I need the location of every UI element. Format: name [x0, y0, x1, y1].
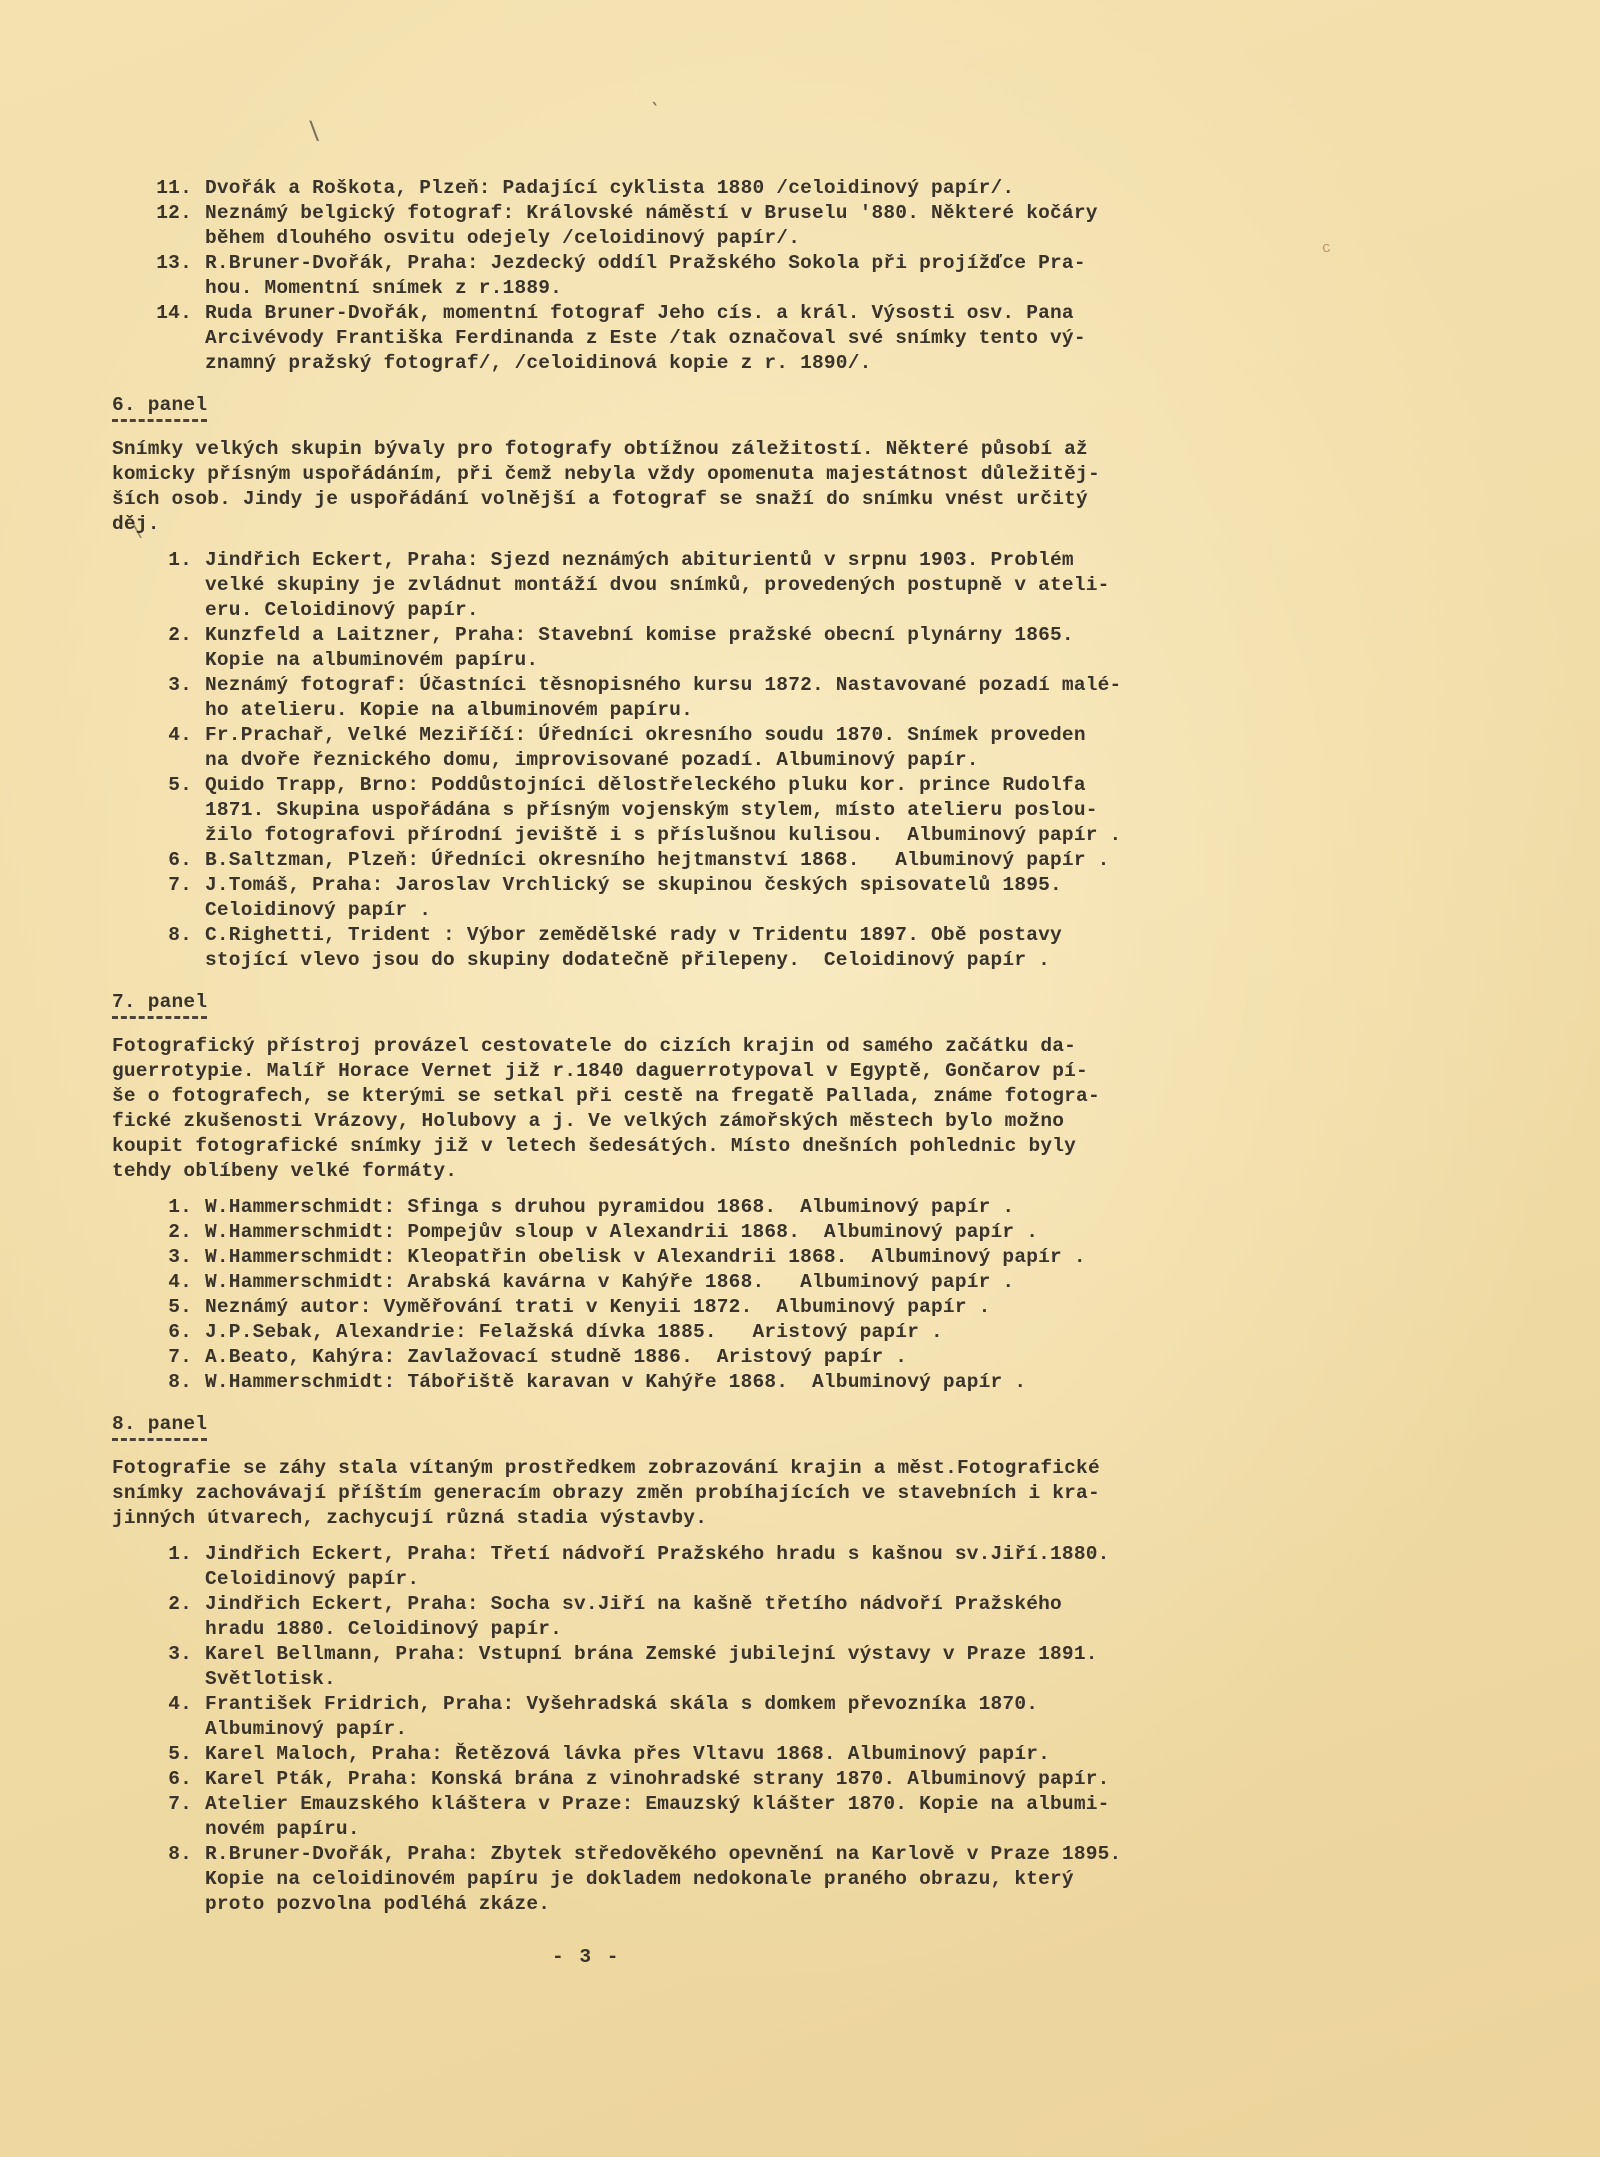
item-number: 3.	[152, 1245, 192, 1270]
continued-catalog-list: 11. Dvořák a Roškota, Plzeň: Padající cy…	[112, 176, 1572, 376]
list-item: 12. Neznámý belgický fotograf: Královské…	[112, 201, 1572, 251]
item-number: 8.	[152, 1842, 192, 1867]
item-text: Quido Trapp, Brno: Poddůstojníci dělostř…	[205, 773, 1572, 848]
paper-stray-mark: \	[304, 117, 324, 149]
list-item: 6. B.Saltzman, Plzeň: Úředníci okresního…	[112, 848, 1572, 873]
list-item: 4. František Fridrich, Praha: Vyšehradsk…	[112, 1692, 1572, 1742]
list-item: 2. W.Hammerschmidt: Pompejův sloup v Ale…	[112, 1220, 1572, 1245]
item-text: Atelier Emauzského kláštera v Praze: Ema…	[205, 1792, 1572, 1842]
list-item: 14. Ruda Bruner-Dvořák, momentní fotogra…	[112, 301, 1572, 376]
item-text: W.Hammerschmidt: Tábořiště karavan v Kah…	[205, 1370, 1572, 1395]
paper-stray-mark: `	[642, 99, 663, 129]
item-number: 8.	[152, 1370, 192, 1395]
item-number: 3.	[152, 673, 192, 698]
item-number: 1.	[152, 548, 192, 573]
item-text: R.Bruner-Dvořák, Praha: Zbytek středověk…	[205, 1842, 1572, 1917]
item-number: 1.	[152, 1542, 192, 1567]
list-item: 5. Karel Maloch, Praha: Řetězová lávka p…	[112, 1742, 1572, 1767]
item-number: 11.	[152, 176, 192, 201]
item-text: W.Hammerschmidt: Kleopatřin obelisk v Al…	[205, 1245, 1572, 1270]
item-text: J.Tomáš, Praha: Jaroslav Vrchlický se sk…	[205, 873, 1572, 923]
list-item: 3. Neznámý fotograf: Účastníci těsnopisn…	[112, 673, 1572, 723]
panel-7-list: 1. W.Hammerschmidt: Sfinga s druhou pyra…	[112, 1195, 1572, 1395]
list-item: 1. Jindřich Eckert, Praha: Sjezd neznámý…	[112, 548, 1572, 623]
item-number: 4.	[152, 723, 192, 748]
item-number: 6.	[152, 1767, 192, 1792]
list-item: 5. Neznámý autor: Vyměřování trati v Ken…	[112, 1295, 1572, 1320]
item-text: Karel Maloch, Praha: Řetězová lávka přes…	[205, 1742, 1572, 1767]
item-text: W.Hammerschmidt: Sfinga s druhou pyramid…	[205, 1195, 1572, 1220]
item-text: Fr.Prachař, Velké Meziříčí: Úředníci okr…	[205, 723, 1572, 773]
list-item: 7. A.Beato, Kahýra: Zavlažovací studně 1…	[112, 1345, 1572, 1370]
panel-8-intro: Fotografie se záhy stala vítaným prostře…	[112, 1456, 1572, 1531]
list-item: 2. Jindřich Eckert, Praha: Socha sv.Jiří…	[112, 1592, 1572, 1642]
item-number: 4.	[152, 1692, 192, 1717]
item-number: 14.	[152, 301, 192, 326]
list-item: 8. W.Hammerschmidt: Tábořiště karavan v …	[112, 1370, 1572, 1395]
item-text: Ruda Bruner-Dvořák, momentní fotograf Je…	[205, 301, 1572, 376]
list-item: 3. Karel Bellmann, Praha: Vstupní brána …	[112, 1642, 1572, 1692]
list-item: 7. Atelier Emauzského kláštera v Praze: …	[112, 1792, 1572, 1842]
panel-6-intro: Snímky velkých skupin bývaly pro fotogra…	[112, 437, 1572, 537]
item-number: 5.	[152, 773, 192, 798]
item-text: Karel Pták, Praha: Konská brána z vinohr…	[205, 1767, 1572, 1792]
item-number: 1.	[152, 1195, 192, 1220]
item-number: 3.	[152, 1642, 192, 1667]
item-number: 2.	[152, 1592, 192, 1617]
list-item: 1. W.Hammerschmidt: Sfinga s druhou pyra…	[112, 1195, 1572, 1220]
item-text: František Fridrich, Praha: Vyšehradská s…	[205, 1692, 1572, 1742]
list-item: 13. R.Bruner-Dvořák, Praha: Jezdecký odd…	[112, 251, 1572, 301]
item-text: J.P.Sebak, Alexandrie: Felažská dívka 18…	[205, 1320, 1572, 1345]
item-text: C.Righetti, Trident : Výbor zemědělské r…	[205, 923, 1572, 973]
item-text: Neznámý fotograf: Účastníci těsnopisného…	[205, 673, 1572, 723]
item-number: 8.	[152, 923, 192, 948]
item-number: 2.	[152, 623, 192, 648]
list-item: 2. Kunzfeld a Laitzner, Praha: Stavební …	[112, 623, 1572, 673]
item-number: 6.	[152, 848, 192, 873]
item-number: 5.	[152, 1295, 192, 1320]
list-item: 5. Quido Trapp, Brno: Poddůstojníci dělo…	[112, 773, 1572, 848]
panel-8-list: 1. Jindřich Eckert, Praha: Třetí nádvoří…	[112, 1542, 1572, 1917]
item-number: 6.	[152, 1320, 192, 1345]
item-text: Karel Bellmann, Praha: Vstupní brána Zem…	[205, 1642, 1572, 1692]
item-number: 4.	[152, 1270, 192, 1295]
item-number: 7.	[152, 1792, 192, 1817]
list-item: 3. W.Hammerschmidt: Kleopatřin obelisk v…	[112, 1245, 1572, 1270]
item-text: W.Hammerschmidt: Pompejův sloup v Alexan…	[205, 1220, 1572, 1245]
item-number: 7.	[152, 1345, 192, 1370]
panel-6-heading: 6. panel	[112, 393, 1572, 422]
item-text: W.Hammerschmidt: Arabská kavárna v Kahýř…	[205, 1270, 1572, 1295]
panel-7-intro: Fotografický přístroj provázel cestovate…	[112, 1034, 1572, 1184]
item-text: Neznámý belgický fotograf: Královské nám…	[205, 201, 1572, 251]
item-number: 13.	[152, 251, 192, 276]
list-item: 7. J.Tomáš, Praha: Jaroslav Vrchlický se…	[112, 873, 1572, 923]
panel-7-heading: 7. panel	[112, 990, 1572, 1019]
list-item: 6. J.P.Sebak, Alexandrie: Felažská dívka…	[112, 1320, 1572, 1345]
list-item: 4. W.Hammerschmidt: Arabská kavárna v Ka…	[112, 1270, 1572, 1295]
item-text: R.Bruner-Dvořák, Praha: Jezdecký oddíl P…	[205, 251, 1572, 301]
item-text: Dvořák a Roškota, Plzeň: Padající cyklis…	[205, 176, 1572, 201]
item-text: Kunzfeld a Laitzner, Praha: Stavební kom…	[205, 623, 1572, 673]
list-item: 1. Jindřich Eckert, Praha: Třetí nádvoří…	[112, 1542, 1572, 1592]
list-item: 8. C.Righetti, Trident : Výbor zemědělsk…	[112, 923, 1572, 973]
item-text: Neznámý autor: Vyměřování trati v Kenyii…	[205, 1295, 1572, 1320]
item-number: 12.	[152, 201, 192, 226]
item-text: Jindřich Eckert, Praha: Sjezd neznámých …	[205, 548, 1572, 623]
panel-8-heading: 8. panel	[112, 1412, 1572, 1441]
item-text: Jindřich Eckert, Praha: Třetí nádvoří Pr…	[205, 1542, 1572, 1592]
item-number: 2.	[152, 1220, 192, 1245]
panel-6-list: 1. Jindřich Eckert, Praha: Sjezd neznámý…	[112, 548, 1572, 973]
item-text: A.Beato, Kahýra: Zavlažovací studně 1886…	[205, 1345, 1572, 1370]
item-text: Jindřich Eckert, Praha: Socha sv.Jiří na…	[205, 1592, 1572, 1642]
item-number: 5.	[152, 1742, 192, 1767]
item-number: 7.	[152, 873, 192, 898]
item-text: B.Saltzman, Plzeň: Úředníci okresního he…	[205, 848, 1572, 873]
list-item: 4. Fr.Prachař, Velké Meziříčí: Úředníci …	[112, 723, 1572, 773]
list-item: 6. Karel Pták, Praha: Konská brána z vin…	[112, 1767, 1572, 1792]
typewritten-page: 11. Dvořák a Roškota, Plzeň: Padající cy…	[112, 176, 1572, 1970]
list-item: 8. R.Bruner-Dvořák, Praha: Zbytek středo…	[112, 1842, 1572, 1917]
page-number: - 3 -	[552, 1945, 1572, 1970]
list-item: 11. Dvořák a Roškota, Plzeň: Padající cy…	[112, 176, 1572, 201]
